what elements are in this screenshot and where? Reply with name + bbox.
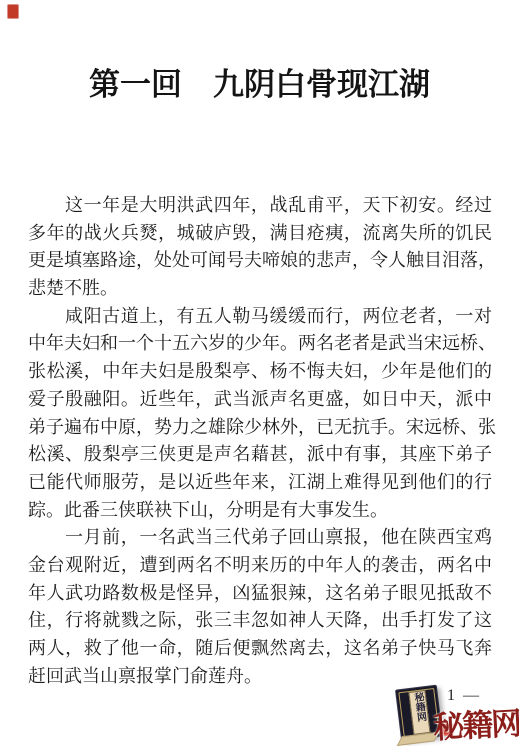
body-text-line: 弟子遍布中原，势力之雄除少林外，已无抗手。宋远桥、张 [28,414,492,442]
book-page: 第一回 九阴白骨现江湖 这一年是大明洪武四年，战乱甫平，天下初安。经过多年的战火… [0,0,519,746]
book-title-label-text: 秘籍网 [410,691,428,733]
body-text-line: 更是填塞路途，处处可闻号夫啼娘的悲声，令人触目泪落， [28,247,492,275]
body-text-line: 金台观附近，遭到两名不明来历的中年人的袭击，两名中 [28,552,492,580]
body-text-line: 爱子殷融阳。近些年，武当派声名更盛，如日中天，派中 [28,386,492,414]
body-text-line: 悲楚不胜。 [28,275,492,303]
body-text-line: 松溪、殷梨亭三侠更是声名藉甚，派中有事，其座下弟子 [28,441,492,469]
body-text-line: 踪。此番三侠联袂下山，分明是有大事发生。 [28,497,492,525]
corner-red-seal-icon [7,4,19,19]
watermark-text: 秘籍网 [432,698,519,746]
body-text-line: 已能代师服劳，是以近些年来，江湖上难得见到他们的行 [28,469,492,497]
body-text-line: 多年的战火兵燹，城破庐毁，满目疮痍，流离失所的饥民 [28,220,492,248]
chapter-title: 第一回 九阴白骨现江湖 [0,62,519,108]
book-title-label: 秘籍网 [408,690,430,735]
body-text-line: 中年夫妇和一个十五六岁的少年。两名老者是武当宋远桥、 [28,330,492,358]
body-text-line: 张松溪，中年夫妇是殷梨亭、杨不悔夫妇，少年是他们的 [28,358,492,386]
body-text: 这一年是大明洪武四年，战乱甫平，天下初安。经过多年的战火兵燹，城破庐毁，满目疮痍… [28,192,492,690]
body-text-line: 年人武功路数极是怪异，凶猛狠辣，这名弟子眼见抵敌不 [28,580,492,608]
body-text-line: 这一年是大明洪武四年，战乱甫平，天下初安。经过 [28,192,492,220]
body-text-line: 一月前，一名武当三代弟子回山禀报，他在陕西宝鸡 [28,524,492,552]
body-text-line: 住，行将就戮之际，张三丰忽如神人天降，出手打发了这 [28,607,492,635]
body-text-line: 咸阳古道上，有五人勒马缓缓而行，两位老者，一对 [28,303,492,331]
body-text-line: 两人，救了他一命，随后便飘然离去，这名弟子快马飞奔 [28,635,492,663]
